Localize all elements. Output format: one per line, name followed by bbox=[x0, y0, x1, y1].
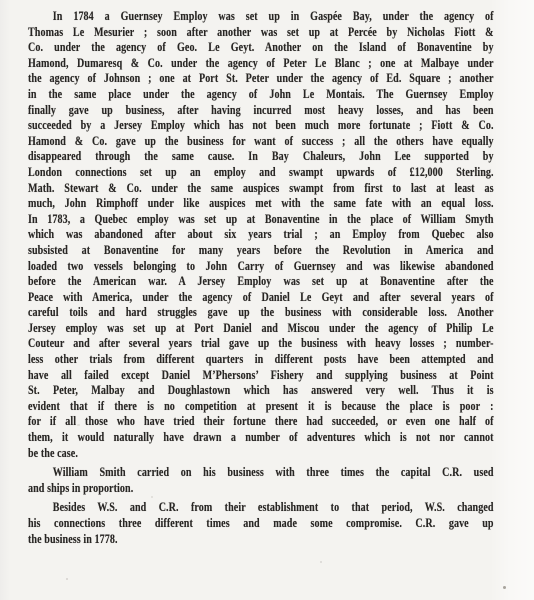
text-line: St. Peter, Malbay and Doughlastown which… bbox=[28, 383, 494, 399]
paragraph: William Smith carried on his business wi… bbox=[28, 465, 494, 496]
text-line: Hamond & Co. gave up the business for wa… bbox=[28, 134, 494, 150]
text-line: and ships in proportion. bbox=[28, 481, 494, 497]
scan-speck bbox=[320, 561, 322, 563]
page-text: In 1784 a Guernsey Employ was set up in … bbox=[28, 9, 494, 547]
text-line: the business in 1778. bbox=[28, 532, 494, 548]
text-line: In 1783, a Quebec employ was set up at B… bbox=[28, 212, 494, 228]
text-line: his connections three different times an… bbox=[28, 516, 494, 532]
text-line: have all failed except Daniel M’Phersons… bbox=[28, 368, 494, 384]
text-line: subsisted at Bonaventine for many years … bbox=[28, 243, 494, 259]
text-line: the agency of Johnson ; one at Port St. … bbox=[28, 71, 494, 87]
text-line: Peace with America, under the agency of … bbox=[28, 290, 494, 306]
text-line: much, John Rimphoff under like auspices … bbox=[28, 196, 494, 212]
text-line: Hamond, Dumaresq & Co. under the agency … bbox=[28, 56, 494, 72]
text-line: Thomas Le Mesurier ; soon after another … bbox=[28, 25, 494, 41]
scan-speck bbox=[66, 578, 68, 580]
text-line: Co. under the agency of Geo. Le Geyt. An… bbox=[28, 40, 494, 56]
text-line: before the American war. A Jersey Employ… bbox=[28, 274, 494, 290]
text-line: finally gave up business, after having i… bbox=[28, 103, 494, 119]
text-line: careful toils and hard struggles gave up… bbox=[28, 305, 494, 321]
text-line: In 1784 a Guernsey Employ was set up in … bbox=[28, 9, 494, 25]
document-page: In 1784 a Guernsey Employ was set up in … bbox=[0, 0, 534, 600]
text-line: London connections set up an employ and … bbox=[28, 165, 494, 181]
text-line: in the same place under the agency of Jo… bbox=[28, 87, 494, 103]
text-line: them, it would naturally have drawn a nu… bbox=[28, 430, 494, 446]
paragraph: In 1784 a Guernsey Employ was set up in … bbox=[28, 9, 494, 461]
text-line: be the case. bbox=[28, 446, 494, 462]
text-line: Math. Stewart & Co. under the same auspi… bbox=[28, 181, 494, 197]
text-line: Couteur and after several years trial ga… bbox=[28, 336, 494, 352]
text-line: for if all those who have tried their fo… bbox=[28, 414, 494, 430]
text-line: Besides W.S. and C.R. from their establi… bbox=[28, 500, 494, 516]
paragraph: Besides W.S. and C.R. from their establi… bbox=[28, 500, 494, 547]
text-line: loaded two vessels belonging to John Car… bbox=[28, 259, 494, 275]
scan-speck bbox=[503, 586, 506, 589]
text-line: evident that if there is no competition … bbox=[28, 399, 494, 415]
text-line: William Smith carried on his business wi… bbox=[28, 465, 494, 481]
text-line: disappeared through the same cause. In B… bbox=[28, 149, 494, 165]
text-line: which was abandoned after about six year… bbox=[28, 227, 494, 243]
text-line: less other trials from different quarter… bbox=[28, 352, 494, 368]
text-line: Jersey employ was set up at Port Daniel … bbox=[28, 321, 494, 337]
text-line: succeeded by a Jersey Employ which has n… bbox=[28, 118, 494, 134]
